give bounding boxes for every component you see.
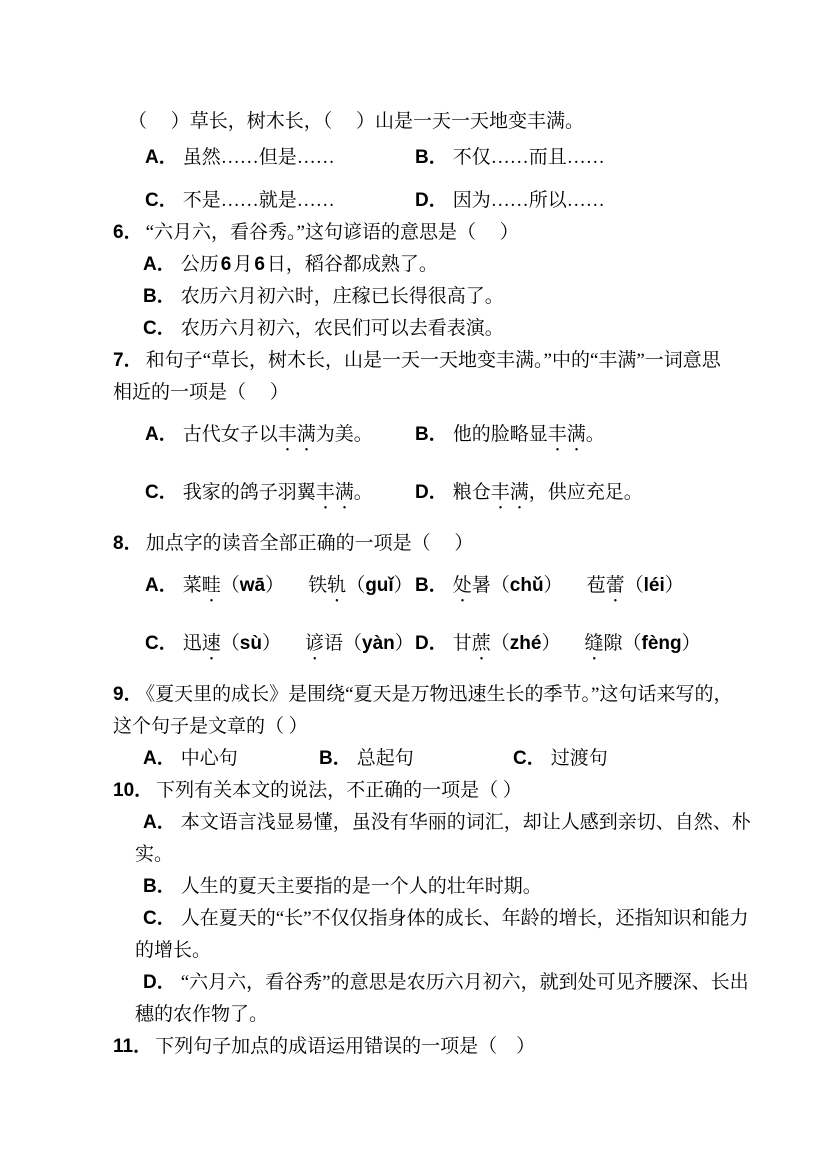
option-letter: A． <box>143 748 176 769</box>
pinyin: sù <box>240 633 262 654</box>
text-run: “六月六，看谷秀”的意思是农历六月初六，就到处可见齐腰深、长出 <box>181 972 749 993</box>
option-letter: A． <box>143 254 176 275</box>
option-item: D．“六月六，看谷秀”的意思是农历六月初六，就到处可见齐腰深、长出穗的农作物了。 <box>135 967 776 1031</box>
options-grid: A．中心句B．总起句C．过渡句 <box>113 743 776 775</box>
text-run: 穗的农作物了。 <box>135 1004 268 1025</box>
option-letter: D． <box>143 972 176 993</box>
pinyin: zhé <box>510 633 542 654</box>
option-letter: C． <box>143 908 176 929</box>
option-letter: B． <box>319 748 352 769</box>
text-run: ） <box>665 575 684 596</box>
option-item: D．粮仓丰满，供应充足。 <box>415 477 776 514</box>
question-number: 10． <box>113 780 153 801</box>
question-stem-continuation: （ ）草长，树木长，（ ）山是一天一天地变丰满。 <box>113 106 776 138</box>
question-number: 8． <box>113 533 143 554</box>
option-item: B．总起句 <box>319 743 513 775</box>
text-run: 菜 <box>183 575 202 596</box>
option-item: B．他的脸略显丰满。 <box>415 419 776 456</box>
question-stem: 8．加点字的读音全部正确的一项是（ ） <box>113 528 776 560</box>
options-grid: A．古代女子以丰满为美。B．他的脸略显丰满。C．我家的鸽子羽翼丰满。D．粮仓丰满… <box>113 419 776 514</box>
emphasis-dotted-text: 蕾 <box>606 575 625 596</box>
text-run: 月 <box>233 254 252 275</box>
option-item: D．因为……所以…… <box>415 185 776 217</box>
option-letter: B． <box>143 286 176 307</box>
text-run: 加点字的读音全部正确的一项是（ ） <box>146 533 474 554</box>
text-run: ） <box>544 575 563 596</box>
option-letter: C． <box>145 482 178 503</box>
text-run: 我家的鸽子羽翼 <box>183 482 316 503</box>
emphasis-dotted-text: 畦 <box>202 575 221 596</box>
question-stem: 9．《夏天里的成长》是围绕“夏天是万物迅速生长的季节。”这句话来写的，这个句子是… <box>113 679 776 743</box>
text-run: 日，稻谷都成熟了。 <box>267 254 438 275</box>
option-item: B．人生的夏天主要指的是一个人的壮年时期。 <box>135 871 776 903</box>
option-item: C．迅速（sù）谚语（yàn） <box>145 628 415 665</box>
text-run: 他的脸略显 <box>453 424 548 445</box>
option-letter: D． <box>415 633 448 654</box>
option-item: B．农历六月初六时，庄稼已长得很高了。 <box>135 281 776 313</box>
option-item: C．不是……就是…… <box>145 185 415 217</box>
text-run: 下列有关本文的说法，不正确的一项是（ ） <box>156 780 522 801</box>
option-letter: C． <box>513 748 546 769</box>
pinyin: yàn <box>362 633 395 654</box>
text-run: （ <box>221 633 240 654</box>
option-letter: B． <box>143 876 176 897</box>
emphasis-dotted-text: 速 <box>202 633 221 654</box>
question-number: 7． <box>113 350 143 371</box>
option-item: C．我家的鸽子羽翼丰满。 <box>145 477 415 514</box>
question-stem: 6．“六月六，看谷秀。”这句谚语的意思是（ ） <box>113 217 776 249</box>
option-letter: C． <box>143 318 176 339</box>
text-run: 的增长。 <box>135 940 211 961</box>
text-run: 这个句子是文章的（ ） <box>113 716 308 737</box>
option-item: B．处暑（chǔ）苞蕾（léi） <box>415 570 776 607</box>
option-item: C．过渡句 <box>513 743 776 775</box>
text-run: （ <box>346 575 365 596</box>
exam-page: （ ）草长，树木长，（ ）山是一天一天地变丰满。A．虽然……但是……B．不仅……… <box>0 0 826 1169</box>
text-run: 和句子“草长，树木长，山是一天一天地变丰满。”中的“丰满”一词意思 <box>146 350 721 371</box>
text-run: （ ）草长，树木长，（ ）山是一天一天地变丰满。 <box>128 111 584 132</box>
option-letter: B． <box>415 424 448 445</box>
question-number: 6． <box>113 222 143 243</box>
text-run: （ <box>625 575 644 596</box>
text-run: （ <box>221 575 240 596</box>
option-item: D．甘蔗（zhé）缝隙（fèng） <box>415 628 776 665</box>
text-run: ） <box>262 633 281 654</box>
pinyin: guǐ <box>365 575 394 596</box>
emphasis-dotted-text: 丰满 <box>278 424 316 445</box>
option-item: A．虽然……但是…… <box>145 142 415 174</box>
option-letter: A． <box>145 575 178 596</box>
question-list: （ ）草长，树木长，（ ）山是一天一天地变丰满。A．虽然……但是……B．不仅……… <box>0 0 826 1063</box>
emphasis-dotted-text: 缝 <box>584 633 603 654</box>
emphasis-dotted-text: 处 <box>453 575 472 596</box>
text-run: ） <box>541 633 560 654</box>
text-run: 总起句 <box>357 748 414 769</box>
option-letter: D． <box>415 190 448 211</box>
pinyin: fèng <box>642 633 682 654</box>
option-letter: A． <box>145 147 178 168</box>
option-item: A．中心句 <box>143 743 319 775</box>
text-run: 为美。 <box>316 424 373 445</box>
text-run: 下列句子加点的成语运用错误的一项是（ ） <box>155 1036 535 1057</box>
options-grid: A．虽然……但是……B．不仅……而且……C．不是……就是……D．因为……所以…… <box>113 142 776 217</box>
text-run: 相近的一项是（ ） <box>113 382 289 403</box>
emphasis-dotted-text: 轨 <box>327 575 346 596</box>
option-letter: A． <box>145 424 178 445</box>
text-run: ，供应充足。 <box>529 482 643 503</box>
text-run: 人生的夏天主要指的是一个人的壮年时期。 <box>181 876 542 897</box>
option-item: A．公历6月6日，稻谷都成熟了。 <box>135 249 776 281</box>
option-item: B．不仅……而且…… <box>415 142 776 174</box>
text-run: 暑（ <box>472 575 510 596</box>
text-run: 因为……所以…… <box>453 190 605 211</box>
text-run: ） <box>394 575 413 596</box>
text-run: ） <box>265 575 284 596</box>
text-run: 铁 <box>308 575 327 596</box>
question-number: 9． <box>113 684 143 705</box>
text-run: 虽然……但是…… <box>183 147 335 168</box>
emphasis-dotted-text: 丰满 <box>491 482 529 503</box>
options-grid: A．菜畦（wā）铁轨（guǐ）B．处暑（chǔ）苞蕾（léi）C．迅速（sù）谚… <box>113 570 776 665</box>
text-run: 农历六月初六，农民们可以去看表演。 <box>181 318 504 339</box>
option-item: C．人在夏天的“长”不仅仅指身体的成长、年龄的增长，还指知识和能力的增长。 <box>135 903 776 967</box>
text-run: 迅 <box>183 633 202 654</box>
text-run: 本文语言浅显易懂，虽没有华丽的词汇，却让人感到亲切、自然、朴 <box>181 812 751 833</box>
text-run: 甘 <box>453 633 472 654</box>
option-item: A．本文语言浅显易懂，虽没有华丽的词汇，却让人感到亲切、自然、朴实。 <box>135 807 776 871</box>
text-run: 语（ <box>324 633 362 654</box>
emphasis-dotted-text: 丰满 <box>316 482 354 503</box>
text-run: 粮仓 <box>453 482 491 503</box>
question-stem: 11．下列句子加点的成语运用错误的一项是（ ） <box>113 1031 776 1063</box>
emphasis-dotted-text: 丰满 <box>548 424 586 445</box>
options-list: A．本文语言浅显易懂，虽没有华丽的词汇，却让人感到亲切、自然、朴实。B．人生的夏… <box>113 807 776 1031</box>
question-stem: 7．和句子“草长，树木长，山是一天一天地变丰满。”中的“丰满”一词意思相近的一项… <box>113 345 776 409</box>
text-run: 过渡句 <box>551 748 608 769</box>
text-run: 不是……就是…… <box>183 190 335 211</box>
option-item: A．菜畦（wā）铁轨（guǐ） <box>145 570 415 607</box>
pinyin: léi <box>644 575 665 596</box>
pinyin: chǔ <box>510 575 544 596</box>
pinyin: wā <box>240 575 265 596</box>
text-run: ） <box>682 633 701 654</box>
option-letter: C． <box>145 190 178 211</box>
question-stem: 10．下列有关本文的说法，不正确的一项是（ ） <box>113 775 776 807</box>
text-run: 《夏天里的成长》是围绕“夏天是万物迅速生长的季节。”这句话来写的， <box>146 684 733 705</box>
option-letter: B． <box>415 575 448 596</box>
bold-numeral: 6 <box>221 254 232 275</box>
text-run: 。 <box>586 424 605 445</box>
bold-numeral: 6 <box>254 254 265 275</box>
option-item: C．农历六月初六，农民们可以去看表演。 <box>135 313 776 345</box>
option-letter: C． <box>145 633 178 654</box>
option-letter: B． <box>415 147 448 168</box>
text-run: ） <box>395 633 414 654</box>
option-letter: D． <box>415 482 448 503</box>
text-run: 。 <box>354 482 373 503</box>
text-run: 苞 <box>587 575 606 596</box>
option-item: A．古代女子以丰满为美。 <box>145 419 415 456</box>
text-run: 实。 <box>135 844 173 865</box>
emphasis-dotted-text: 谚 <box>305 633 324 654</box>
text-run: 农历六月初六时，庄稼已长得很高了。 <box>181 286 504 307</box>
options-list: A．公历6月6日，稻谷都成熟了。B．农历六月初六时，庄稼已长得很高了。C．农历六… <box>113 249 776 345</box>
text-run: （ <box>491 633 510 654</box>
text-run: 中心句 <box>181 748 238 769</box>
emphasis-dotted-text: 蔗 <box>472 633 491 654</box>
question-number: 11． <box>113 1036 152 1057</box>
text-run: 公历 <box>181 254 219 275</box>
text-run: 人在夏天的“长”不仅仅指身体的成长、年龄的增长，还指知识和能力 <box>181 908 749 929</box>
option-letter: A． <box>143 812 176 833</box>
text-run: 古代女子以 <box>183 424 278 445</box>
text-run: “六月六，看谷秀。”这句谚语的意思是（ ） <box>146 222 519 243</box>
text-run: 隙（ <box>604 633 642 654</box>
text-run: 不仅……而且…… <box>453 147 605 168</box>
